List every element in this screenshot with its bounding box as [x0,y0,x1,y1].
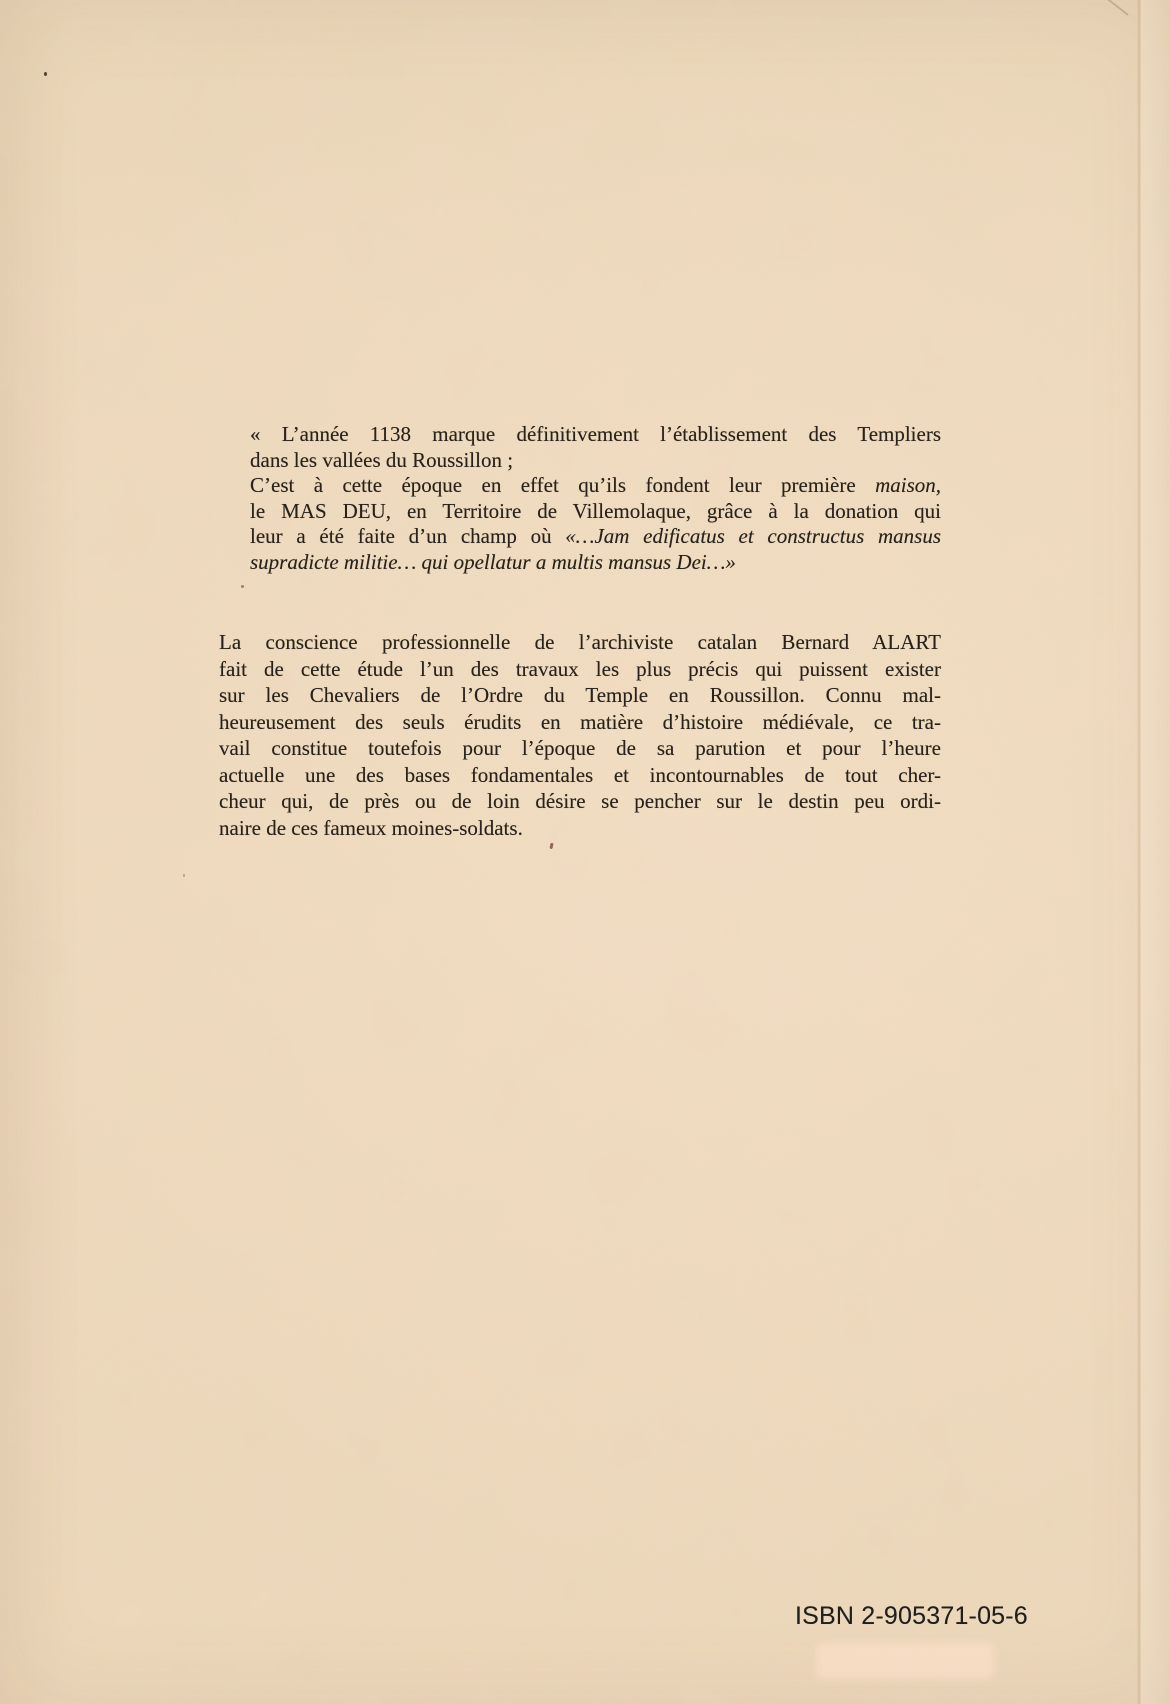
text-segment: leur a été faite d’un champ où [250,524,565,548]
text-segment: fait de cette étude l’un des travaux les… [219,657,941,681]
paper-shading [0,0,1170,1704]
paper-speck [44,72,47,76]
scratch-mark [1099,0,1129,16]
text-line: La conscience professionnelle de l’archi… [219,629,941,656]
text-line: vail constitue toutefois pour l’époque d… [219,735,941,762]
text-segment: La conscience professionnelle de l’archi… [219,630,941,654]
text-segment: C’est à cette époque en effet qu’ils fon… [250,473,875,497]
text-segment: actuelle une des bases fondamentales et … [219,763,941,787]
italic-text-segment: «…Jam edificatus et constructus mansus [565,524,941,548]
text-line: heureusement des seuls érudits en matièr… [219,709,941,736]
erased-sticker-patch [816,1643,994,1679]
cover-crease-highlight [1141,0,1170,1704]
text-line: dans les vallées du Roussillon ; [250,448,941,474]
text-segment: naire de ces fameux moines-soldats. [219,816,523,840]
text-line: le MAS DEU, en Territoire de Villemolaqu… [250,499,941,525]
paper-speck [183,874,185,877]
text-segment: dans les vallées du Roussillon ; [250,448,513,472]
text-line: naire de ces fameux moines-soldats. [219,815,941,842]
paper-texture [0,0,1170,1704]
paper-speck [241,585,244,588]
text-line: fait de cette étude l’un des travaux les… [219,656,941,683]
italic-text-segment: maison, [875,473,941,497]
text-line: « L’année 1138 marque définitivement l’é… [250,422,941,448]
text-line: cheur qui, de près ou de loin désire se … [219,788,941,815]
text-line: leur a été faite d’un champ où «…Jam edi… [250,524,941,550]
text-line: sur les Chevaliers de l’Ordre du Temple … [219,682,941,709]
text-segment: cheur qui, de près ou de loin désire se … [219,789,941,813]
text-segment: « L’année 1138 marque définitivement l’é… [250,422,941,446]
book-back-cover: « L’année 1138 marque définitivement l’é… [0,0,1170,1704]
isbn-label: ISBN 2-905371-05-6 [795,1601,1035,1631]
italic-text-segment: supradicte militie… qui opellatur a mult… [250,550,736,574]
blurb-paragraph: La conscience professionnelle de l’archi… [219,629,941,841]
text-segment: heureusement des seuls érudits en matièr… [219,710,941,734]
text-segment: le MAS DEU, en Territoire de Villemolaqu… [250,499,941,523]
text-line: supradicte militie… qui opellatur a mult… [250,550,941,576]
text-segment: vail constitue toutefois pour l’époque d… [219,736,941,760]
cover-crease-line [1137,0,1141,1704]
text-line: C’est à cette époque en effet qu’ils fon… [250,473,941,499]
text-line: actuelle une des bases fondamentales et … [219,762,941,789]
paper-speck [549,843,553,849]
text-segment: sur les Chevaliers de l’Ordre du Temple … [219,683,941,707]
epigraph-quote-block: « L’année 1138 marque définitivement l’é… [250,422,941,575]
